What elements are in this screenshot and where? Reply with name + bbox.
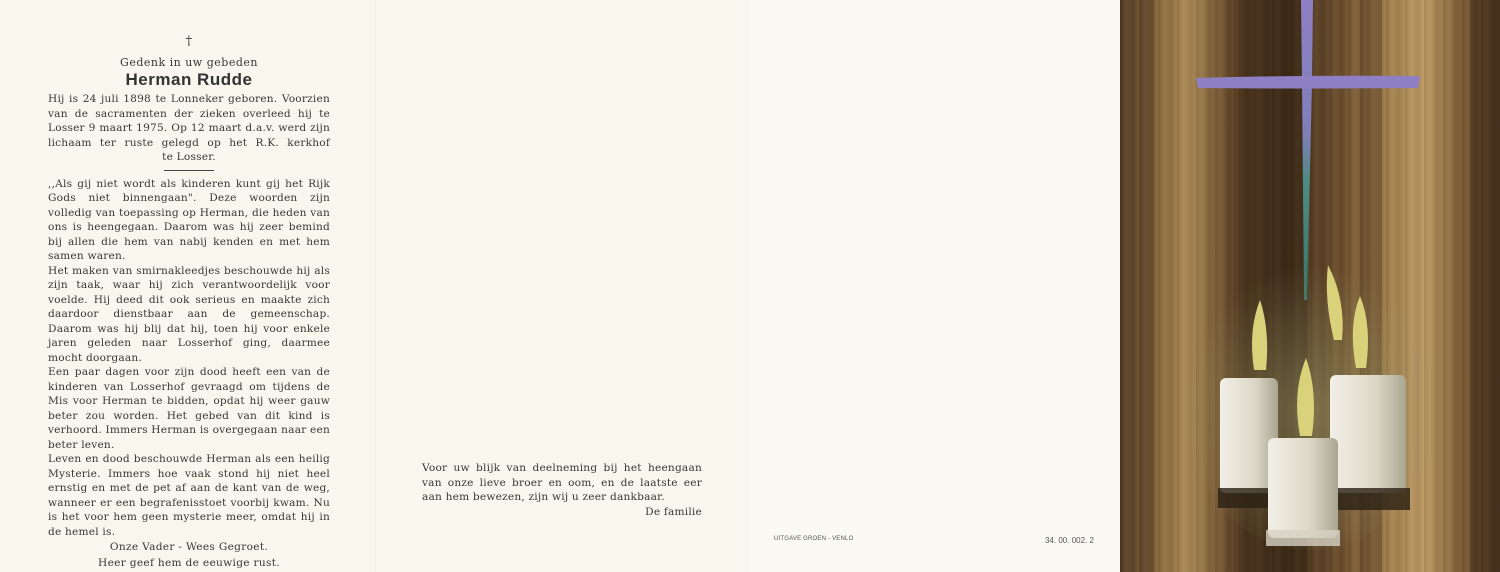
thank-you-note: Voor uw blijk van deelneming bij het hee… [422,461,702,519]
inner-spread: † Gedenk in uw gebeden Herman Rudde Hij … [0,0,750,572]
fold-line [375,0,376,572]
biography-last-line: te Losser. [48,150,330,165]
paragraph-work: Het maken van smirnakleedjes beschouwde … [48,264,330,366]
memorial-text-panel: † Gedenk in uw gebeden Herman Rudde Hij … [48,34,330,571]
biography: Hij is 24 juli 1898 te Lonneker geboren.… [48,92,330,150]
paragraph-mystery: Leven en dood beschouwde Herman als een … [48,452,330,539]
intro-line: Gedenk in uw gebeden [48,56,330,71]
cover-painting [1120,0,1500,572]
divider [164,170,214,171]
paragraph-quote: ,,Als gij niet wordt als kinderen kunt g… [48,177,330,264]
prayer-line: Onze Vader - Wees Gegroet. [48,539,330,555]
signature: De familie [422,505,702,520]
deceased-name: Herman Rudde [48,73,330,88]
cross-and-candles-illustration [1120,0,1500,572]
publisher-imprint: UITGAVE GROEN - VENLO [774,536,853,542]
card-code: 34. 00. 002. 2 [1045,536,1094,545]
prayer-line: Heer geef hem de eeuwige rust. [48,555,330,571]
cross-icon: † [48,34,330,50]
paragraph-prayer-request: Een paar dagen voor zijn dood heeft een … [48,365,330,452]
thank-you-text: Voor uw blijk van deelneming bij het hee… [422,461,702,505]
